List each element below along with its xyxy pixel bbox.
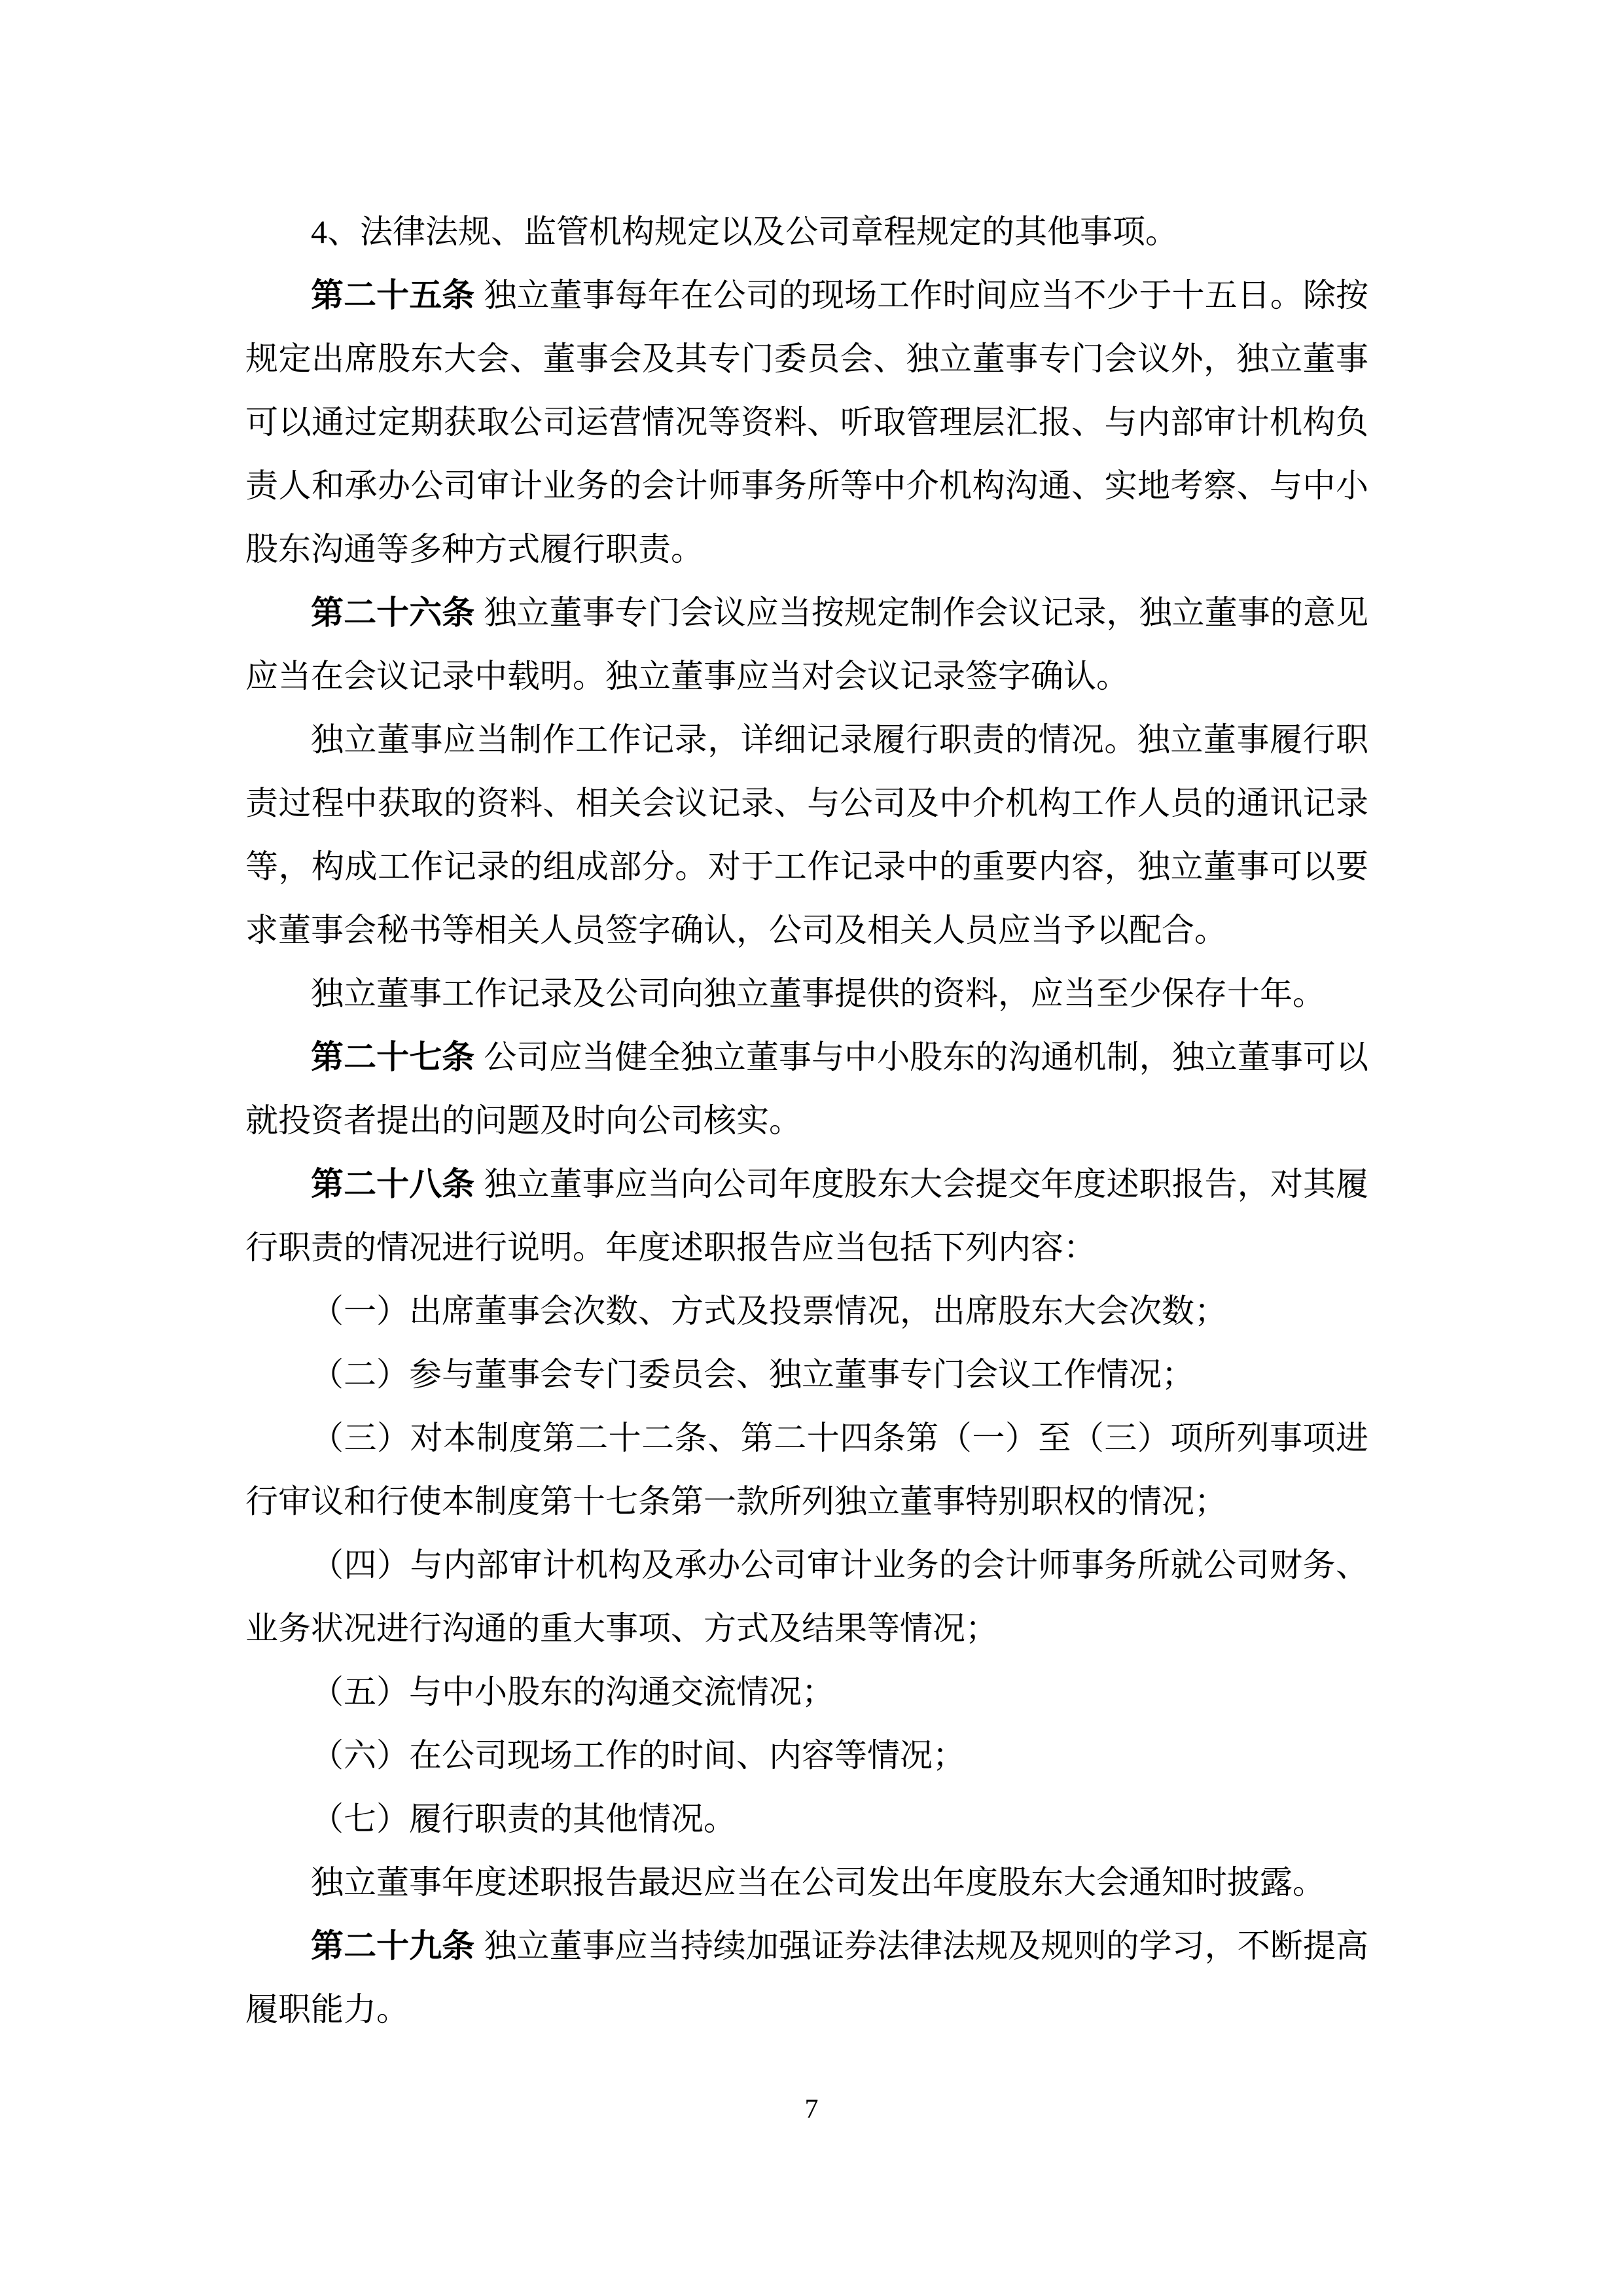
paragraph: 第二十六条独立董事专门会议应当按规定制作会议记录，独立董事的意见应当在会议记录中… [245,581,1368,708]
article-number: 第二十五条 [311,277,474,314]
page-number: 7 [0,2093,1623,2126]
paragraph: 第二十五条独立董事每年在公司的现场工作时间应当不少于十五日。除按规定出席股东大会… [245,264,1368,581]
paragraph: 独立董事工作记录及公司向独立董事提供的资料，应当至少保存十年。 [245,962,1368,1026]
paragraph: 独立董事应当制作工作记录，详细记录履行职责的情况。独立董事履行职责过程中获取的资… [245,708,1368,962]
paragraph-text: （二）参与董事会专门委员会、独立董事专门会议工作情况； [311,1356,1194,1393]
paragraph: （七）履行职责的其他情况。 [245,1787,1368,1851]
paragraph: 第二十八条独立董事应当向公司年度股东大会提交年度述职报告，对其履行职责的情况进行… [245,1153,1368,1280]
paragraph: （四）与内部审计机构及承办公司审计业务的会计师事务所就公司财务、业务状况进行沟通… [245,1534,1368,1660]
paragraph-text: （五）与中小股东的沟通交流情况； [311,1674,834,1710]
paragraph-text: 独立董事工作记录及公司向独立董事提供的资料，应当至少保存十年。 [311,975,1325,1012]
article-number: 第二十七条 [311,1039,474,1075]
paragraph: 第二十七条公司应当健全独立董事与中小股东的沟通机制，独立董事可以就投资者提出的问… [245,1026,1368,1153]
article-number: 第二十六条 [311,594,474,631]
article-number: 第二十九条 [311,1928,474,1964]
paragraph: 4、法律法规、监管机构规定以及公司章程规定的其他事项。 [245,200,1368,264]
paragraph-text: 独立董事应当制作工作记录，详细记录履行职责的情况。独立董事履行职责过程中获取的资… [245,721,1368,948]
paragraph: （一）出席董事会次数、方式及投票情况，出席股东大会次数； [245,1280,1368,1343]
paragraph: 独立董事年度述职报告最迟应当在公司发出年度股东大会通知时披露。 [245,1851,1368,1914]
paragraph: 第二十九条独立董事应当持续加强证券法律法规及规则的学习，不断提高履职能力。 [245,1914,1368,2041]
document-page: 4、法律法规、监管机构规定以及公司章程规定的其他事项。第二十五条独立董事每年在公… [0,0,1623,2296]
paragraph: （五）与中小股东的沟通交流情况； [245,1660,1368,1724]
paragraph-text: （七）履行职责的其他情况。 [311,1801,736,1837]
paragraph: （三）对本制度第二十二条、第二十四条第（一）至（三）项所列事项进行审议和行使本制… [245,1407,1368,1534]
paragraph-text: 独立董事年度述职报告最迟应当在公司发出年度股东大会通知时披露。 [311,1864,1325,1901]
paragraph-text: 4、法律法规、监管机构规定以及公司章程规定的其他事项。 [311,213,1178,250]
paragraph-text: （六）在公司现场工作的时间、内容等情况； [311,1737,965,1774]
paragraph: （二）参与董事会专门委员会、独立董事专门会议工作情况； [245,1343,1368,1407]
paragraph-text: 独立董事每年在公司的现场工作时间应当不少于十五日。除按规定出席股东大会、董事会及… [245,277,1368,567]
paragraph-text: （三）对本制度第二十二条、第二十四条第（一）至（三）项所列事项进行审议和行使本制… [245,1420,1368,1520]
paragraph-text: （四）与内部审计机构及承办公司审计业务的会计师事务所就公司财务、业务状况进行沟通… [245,1547,1368,1647]
article-number: 第二十八条 [311,1166,474,1202]
paragraph: （六）在公司现场工作的时间、内容等情况； [245,1724,1368,1787]
document-body: 4、法律法规、监管机构规定以及公司章程规定的其他事项。第二十五条独立董事每年在公… [245,200,1368,2041]
paragraph-text: （一）出席董事会次数、方式及投票情况，出席股东大会次数； [311,1293,1227,1329]
